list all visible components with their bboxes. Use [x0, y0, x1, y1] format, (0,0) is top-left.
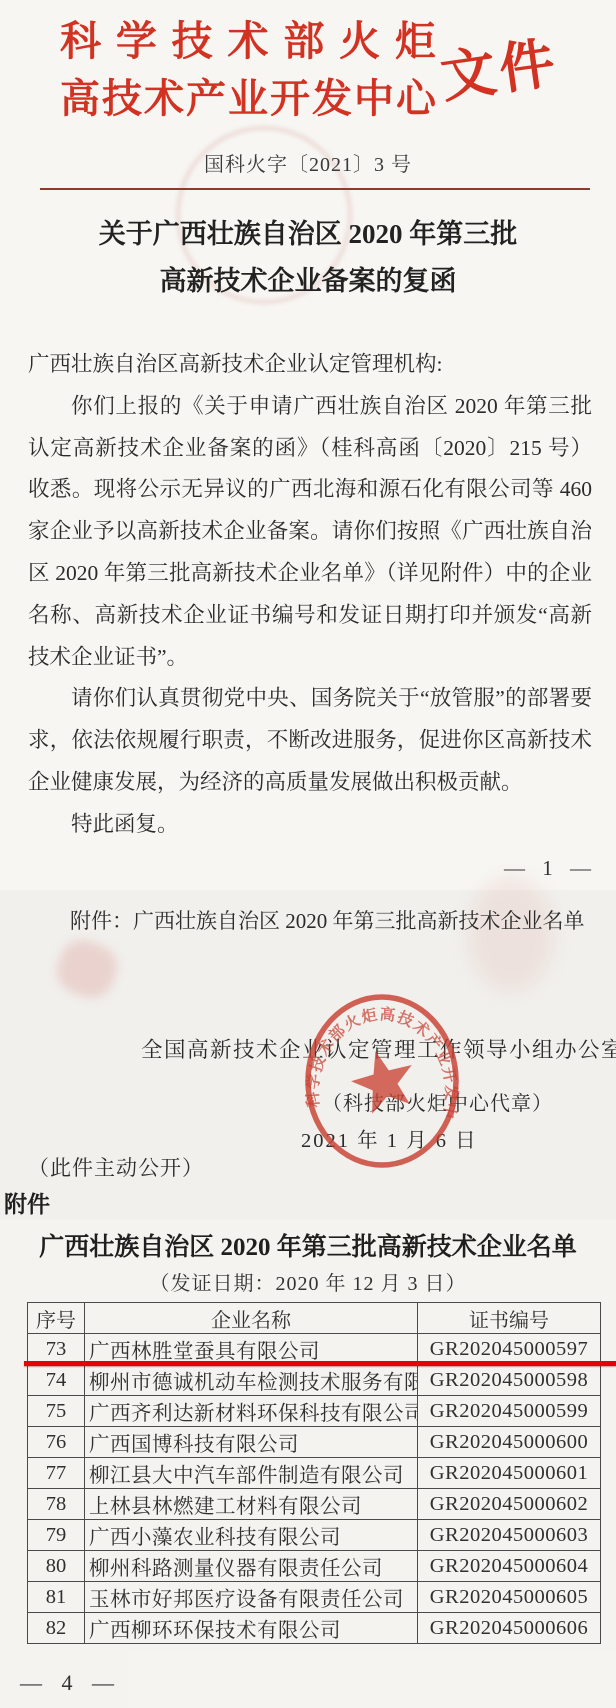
cell-no: 73 — [28, 1334, 85, 1365]
cell-cert: GR202045000605 — [418, 1582, 601, 1613]
letter-title-line2: 高新技术企业备案的复函 — [0, 259, 616, 298]
letter-title-line1: 关于广西壮族自治区 2020 年第三批 — [0, 212, 616, 251]
table-row: 73广西林胜堂蚕具有限公司GR202045000597 — [28, 1334, 601, 1365]
cell-no: 79 — [28, 1520, 85, 1551]
publicity-note: （此件主动公开） — [28, 1152, 204, 1182]
document-number: 国科火字〔2021〕3 号 — [0, 148, 616, 177]
paragraph: 你们上报的《关于申请广西壮族自治区 2020 年第三批认定高新技术企业备案的函》… — [28, 386, 592, 679]
highlight-underline — [24, 1361, 616, 1366]
cell-name: 柳州市德诚机动车检测技术服务有限公司 — [85, 1365, 418, 1396]
cell-name: 柳州科路测量仪器有限责任公司 — [85, 1551, 418, 1582]
salutation: 广西壮族自治区高新技术企业认定管理机构: — [28, 344, 592, 386]
cell-no: 81 — [28, 1582, 85, 1613]
cell-name: 广西小藻农业科技有限公司 — [85, 1520, 418, 1551]
table-row: 82广西柳环环保技术有限公司GR202045000606 — [28, 1613, 601, 1644]
cell-no: 77 — [28, 1458, 85, 1489]
cell-no: 74 — [28, 1365, 85, 1396]
cell-cert: GR202045000606 — [418, 1613, 601, 1644]
letterhead-org-name: 科学技术部火炬 高技术产业开发中心 — [60, 12, 436, 128]
table-row: 76广西国博科技有限公司GR202045000600 — [28, 1427, 601, 1458]
cell-cert: GR202045000597 — [418, 1334, 601, 1365]
table-row: 81玉林市好邦医疗设备有限责任公司GR202045000605 — [28, 1582, 601, 1613]
cell-name: 柳江县大中汽车部件制造有限公司 — [85, 1458, 418, 1489]
letterhead-divider-rule — [40, 188, 590, 190]
paragraph: 特此函复。 — [28, 804, 592, 846]
attachment-label: 附件 — [4, 1186, 50, 1219]
cell-no: 75 — [28, 1396, 85, 1427]
cell-name: 广西齐利达新材料环保科技有限公司 — [85, 1396, 418, 1427]
cell-name: 上林县林燃建工材料有限公司 — [85, 1489, 418, 1520]
paragraph: 请你们认真贯彻党中央、国务院关于“放管服”的部署要求，依法依规履行职责，不断改进… — [28, 678, 592, 803]
enterprise-table-body: 73广西林胜堂蚕具有限公司GR20204500059774柳州市德诚机动车检测技… — [28, 1334, 601, 1644]
cell-cert: GR202045000603 — [418, 1520, 601, 1551]
cell-cert: GR202045000604 — [418, 1551, 601, 1582]
cell-no: 82 — [28, 1613, 85, 1644]
issuer-seal-note: （科技部火炬中心代章） — [322, 1087, 553, 1116]
cert-issue-date-line: （发证日期：2020 年 12 月 3 日） — [0, 1267, 616, 1296]
letter-date: 2021 年 1 月 6 日 — [301, 1123, 478, 1153]
table-row: 77柳江县大中汽车部件制造有限公司GR202045000601 — [28, 1458, 601, 1489]
cell-cert: GR202045000598 — [418, 1365, 601, 1396]
attachment-table-title: 广西壮族自治区 2020 年第三批高新技术企业名单 — [0, 1227, 616, 1263]
table-row: 80柳州科路测量仪器有限责任公司GR202045000604 — [28, 1551, 601, 1582]
cell-no: 78 — [28, 1489, 85, 1520]
attachment-note: 附件：广西壮族自治区 2020 年第三批高新技术企业名单 — [70, 905, 585, 935]
cell-name: 广西柳环环保技术有限公司 — [85, 1613, 418, 1644]
enterprise-table: 序号 企业名称 证书编号 73广西林胜堂蚕具有限公司GR202045000597… — [27, 1302, 601, 1644]
table-row: 79广西小藻农业科技有限公司GR202045000603 — [28, 1520, 601, 1551]
table-row: 78上林县林燃建工材料有限公司GR202045000602 — [28, 1489, 601, 1520]
cell-cert: GR202045000600 — [418, 1427, 601, 1458]
table-header-row: 序号 企业名称 证书编号 — [28, 1303, 601, 1334]
cell-name: 广西林胜堂蚕具有限公司 — [85, 1334, 418, 1365]
page-number-1: — 1 — — [504, 856, 597, 881]
table-row: 75广西齐利达新材料环保科技有限公司GR202045000599 — [28, 1396, 601, 1427]
document-type-label: 文件 — [435, 18, 563, 113]
cell-name: 广西国博科技有限公司 — [85, 1427, 418, 1458]
cell-no: 76 — [28, 1427, 85, 1458]
page-number-4: — 4 — — [20, 1670, 121, 1696]
letter-body: 广西壮族自治区高新技术企业认定管理机构: 你们上报的《关于申请广西壮族自治区 2… — [28, 344, 592, 846]
cell-cert: GR202045000599 — [418, 1396, 601, 1427]
column-header-name: 企业名称 — [85, 1303, 418, 1334]
cell-name: 玉林市好邦医疗设备有限责任公司 — [85, 1582, 418, 1613]
cell-no: 80 — [28, 1551, 85, 1582]
issuer-office-line: 全国高新技术企业认定管理工作领导小组办公室 — [141, 1033, 616, 1064]
org-name-line1: 科学技术部火炬 — [60, 12, 436, 70]
column-header-no: 序号 — [28, 1303, 85, 1334]
column-header-cert: 证书编号 — [418, 1303, 601, 1334]
cell-cert: GR202045000601 — [418, 1458, 601, 1489]
cell-cert: GR202045000602 — [418, 1489, 601, 1520]
table-row: 74柳州市德诚机动车检测技术服务有限公司GR202045000598 — [28, 1365, 601, 1396]
org-name-line2: 高技术产业开发中心 — [60, 70, 436, 128]
